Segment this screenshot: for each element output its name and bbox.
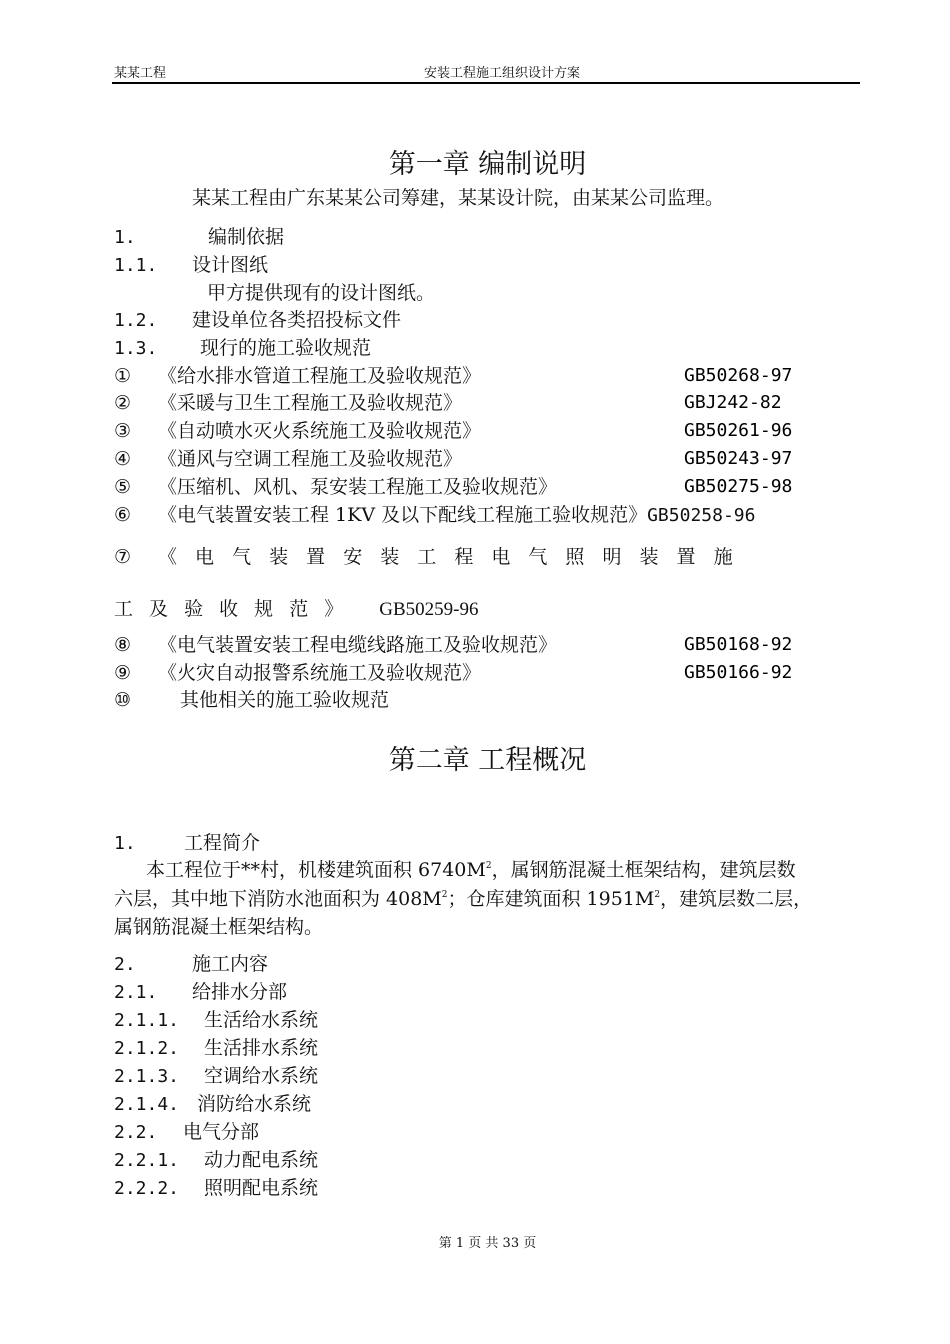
item-marker: ⑧ — [114, 632, 158, 658]
standard-code-3: GB50261-96 — [684, 420, 792, 441]
chapter-2-section-2-1: 2.1.给排水分部 — [114, 979, 287, 1006]
section-number: 2.2.2. — [114, 1176, 204, 1202]
standard-code-5: GB50275-98 — [684, 476, 792, 497]
standard-code: GB50259-96 — [379, 599, 478, 620]
standard-item-7: ⑦《 电 气 装 置 安 装 工 程 电 气 照 明 装 置 施 — [114, 544, 733, 570]
standard-code: GB50258-96 — [647, 503, 755, 529]
standard-item-7-cont: 工 及 验 收 规 范 》GB50259-96 — [114, 596, 478, 623]
section-title: 设计图纸 — [192, 254, 268, 276]
chapter-2-section-2-1-2: 2.1.2.生活排水系统 — [114, 1035, 318, 1062]
section-title: 空调给水系统 — [204, 1065, 318, 1087]
standard-item-9: ⑨《火灾自动报警系统施工及验收规范》 — [114, 660, 481, 686]
header-document-title: 安装工程施工组织设计方案 — [424, 66, 580, 82]
chapter-2-section-1: 1.工程简介 — [114, 830, 260, 857]
page-number-footer: 第 1 页 共 33 页 — [0, 1232, 950, 1251]
section-1-1-body: 甲方提供现有的设计图纸。 — [207, 280, 435, 306]
standard-item-2: ②《采暖与卫生工程施工及验收规范》 — [114, 390, 462, 416]
standard-code-1: GB50268-97 — [684, 365, 792, 386]
standard-name: 《自动喷水灭火系统施工及验收规范》 — [158, 420, 481, 442]
standard-name-line1: 《 电 气 装 置 安 装 工 程 电 气 照 明 装 置 施 — [158, 546, 733, 568]
standard-item-5: ⑤《压缩机、风机、泵安装工程施工及验收规范》 — [114, 474, 557, 500]
section-title: 动力配电系统 — [204, 1149, 318, 1171]
section-number: 2. — [114, 952, 192, 978]
standard-name: 《压缩机、风机、泵安装工程施工及验收规范》 — [158, 476, 557, 498]
project-description-line-1: 本工程位于**村，机楼建筑面积 6740M2，属钢筋混凝土框架结构，建筑层数 — [146, 857, 796, 883]
standard-name: 《火灾自动报警系统施工及验收规范》 — [158, 662, 481, 684]
standard-code-9: GB50166-92 — [684, 662, 792, 683]
standard-code-4: GB50243-97 — [684, 448, 792, 469]
section-title: 生活排水系统 — [204, 1037, 318, 1059]
section-number: 1. — [114, 225, 208, 251]
standard-item-1: ①《给水排水管道工程施工及验收规范》 — [114, 363, 481, 389]
section-title: 消防给水系统 — [197, 1093, 311, 1115]
section-number: 1. — [114, 831, 184, 857]
standard-name: 《电气装置安装工程电缆线路施工及验收规范》 — [158, 634, 557, 656]
section-number: 2.1.1. — [114, 1008, 204, 1034]
standard-item-4: ④《通风与空调工程施工及验收规范》 — [114, 446, 462, 472]
item-marker: ⑩ — [114, 687, 180, 713]
item-marker: ① — [114, 363, 158, 389]
section-1: 1.编制依据 — [114, 224, 284, 251]
chapter-2-title: 第二章 工程概况 — [0, 744, 950, 778]
standard-item-3: ③《自动喷水灭火系统施工及验收规范》 — [114, 418, 481, 444]
section-number: 1.2. — [114, 308, 192, 334]
header-project-name: 某某工程 — [114, 66, 166, 82]
item-marker: ③ — [114, 418, 158, 444]
document-page: 某某工程 安装工程施工组织设计方案 第一章 编制说明 某某工程由广东某某公司筹建… — [0, 0, 950, 1344]
standard-code-2: GBJ242-82 — [684, 392, 782, 413]
section-title: 建设单位各类招投标文件 — [192, 309, 401, 331]
section-number: 2.1. — [114, 980, 192, 1006]
standard-item-6: ⑥《电气装置安装工程 1KV 及以下配线工程施工验收规范》GB50258-96 — [114, 502, 755, 529]
chapter-2-section-2-1-3: 2.1.3.空调给水系统 — [114, 1063, 318, 1090]
section-number: 2.1.3. — [114, 1064, 204, 1090]
chapter-2-section-2-2-1: 2.2.1.动力配电系统 — [114, 1147, 318, 1174]
item-marker: ⑦ — [114, 544, 158, 570]
item-marker: ② — [114, 390, 158, 416]
section-number: 1.1. — [114, 253, 192, 279]
section-title: 照明配电系统 — [204, 1177, 318, 1199]
section-title: 电气分部 — [183, 1121, 259, 1143]
section-title: 现行的施工验收规范 — [200, 337, 371, 359]
section-number: 2.2.1. — [114, 1148, 204, 1174]
standard-item-10: ⑩其他相关的施工验收规范 — [114, 687, 389, 713]
section-1-3: 1.3.现行的施工验收规范 — [114, 335, 371, 362]
chapter-2-section-2-2-2: 2.2.2.照明配电系统 — [114, 1175, 318, 1202]
chapter-2-section-2-1-1: 2.1.1.生活给水系统 — [114, 1007, 318, 1034]
item-marker: ⑨ — [114, 660, 158, 686]
section-number: 2.2. — [114, 1120, 183, 1146]
chapter-1-title: 第一章 编制说明 — [0, 148, 950, 182]
section-title: 工程简介 — [184, 832, 260, 854]
section-title: 施工内容 — [192, 953, 268, 975]
standard-name: 《给水排水管道工程施工及验收规范》 — [158, 365, 481, 387]
section-title: 编制依据 — [208, 226, 284, 248]
section-number: 1.3. — [114, 336, 200, 362]
standard-name-line2: 工 及 验 收 规 范 》 — [114, 598, 343, 620]
project-description-line-2: 六层，其中地下消防水池面积为 408M2；仓库建筑面积 1951M2，建筑层数二… — [114, 886, 812, 912]
section-title: 给排水分部 — [192, 981, 287, 1003]
standard-name: 其他相关的施工验收规范 — [180, 689, 389, 711]
section-1-2: 1.2.建设单位各类招投标文件 — [114, 307, 401, 334]
item-marker: ④ — [114, 446, 158, 472]
item-marker: ⑥ — [114, 502, 158, 528]
project-description-line-3: 属钢筋混凝土框架结构。 — [114, 914, 323, 940]
section-number: 2.1.4. — [114, 1092, 197, 1118]
chapter-2-section-2: 2.施工内容 — [114, 951, 268, 978]
chapter-2-section-2-2: 2.2.电气分部 — [114, 1119, 259, 1146]
standard-name: 《采暖与卫生工程施工及验收规范》 — [158, 392, 462, 414]
header-rule — [112, 82, 860, 84]
section-1-1: 1.1.设计图纸 — [114, 252, 268, 279]
section-number: 2.1.2. — [114, 1036, 204, 1062]
standard-name: 《电气装置安装工程 1KV 及以下配线工程施工验收规范》 — [158, 504, 647, 526]
standard-code-8: GB50168-92 — [684, 634, 792, 655]
item-marker: ⑤ — [114, 474, 158, 500]
standard-item-8: ⑧《电气装置安装工程电缆线路施工及验收规范》 — [114, 632, 557, 658]
chapter-2-section-2-1-4: 2.1.4.消防给水系统 — [114, 1091, 311, 1118]
section-title: 生活给水系统 — [204, 1009, 318, 1031]
chapter-1-intro: 某某工程由广东某某公司筹建，某某设计院，由某某公司监理。 — [192, 185, 724, 211]
standard-name: 《通风与空调工程施工及验收规范》 — [158, 448, 462, 470]
